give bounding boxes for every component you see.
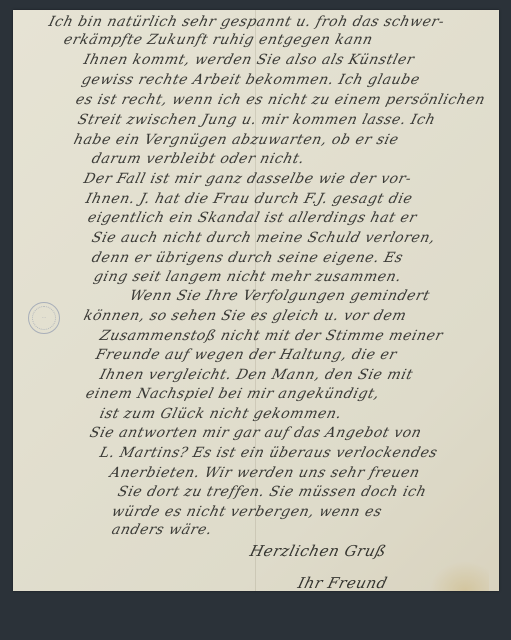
archive-stamp-icon: … [28,302,60,334]
letter-line: anders wäre. [110,522,214,538]
letter-signature: Ihr Freund [296,574,389,591]
letter-line: ist zum Glück nicht gekommen. [98,406,344,422]
letter-line: Sie dort zu treffen. Sie müssen doch ich [116,484,428,500]
paper-stain [429,561,489,591]
letter-line: Ihnen vergleicht. Den Mann, den Sie mit [98,367,415,383]
letter-line: eigentlich ein Skandal ist allerdings ha… [86,210,419,226]
letter-line: Ihnen. J. hat die Frau durch F.J. gesagt… [84,191,414,207]
letter-line: Anerbieten. Wir werden uns sehr freuen [108,465,422,481]
letter-line: gewiss rechte Arbeit bekommen. Ich glaub… [80,72,422,88]
letter-line: Sie auch nicht durch meine Schuld verlor… [90,230,437,246]
letter-line: Ihnen kommt, werden Sie also als Künstle… [82,52,416,68]
letter-line: Ich bin natürlich sehr gespannt u. froh … [47,14,446,30]
letter-line: Zusammenstoß nicht mit der Stimme meiner [98,328,445,344]
letter-line: Freunde auf wegen der Haltung, die er [94,347,399,363]
document-viewer: … Ich bin natürlich sehr gespannt u. fro… [0,0,511,640]
letter-line: habe ein Vergnügen abzuwarten, ob er sie [72,132,401,148]
letter-line: ging seit langem nicht mehr zusammen. [92,269,403,285]
stamp-text: … [29,314,59,319]
letter-line: es ist recht, wenn ich es nicht zu einem… [74,92,487,108]
letter-line: Der Fall ist mir ganz dasselbe wie der v… [82,171,413,187]
letter-line: Streit zwischen Jung u. mir kommen lasse… [76,112,437,128]
letter-line: würde es nicht verbergen, wenn es [110,504,384,520]
letter-line: L. Martins? Es ist ein überaus verlocken… [98,445,439,461]
letter-closing: Herzlichen Gruß [248,542,388,560]
letter-line: darum verbleibt oder nicht. [90,151,306,167]
letter-line: denn er übrigens durch seine eigene. Es [90,250,405,266]
letter-page: … Ich bin natürlich sehr gespannt u. fro… [13,10,499,591]
letter-line: Wenn Sie Ihre Verfolgungen gemindert [128,288,432,304]
letter-line: können, so sehen Sie es gleich u. vor de… [82,308,408,324]
letter-line: einem Nachspiel bei mir angekündigt, [84,386,381,402]
letter-line: Sie antworten mir gar auf das Angebot vo… [88,425,423,441]
letter-line: erkämpfte Zukunft ruhig entgegen kann [62,32,375,48]
